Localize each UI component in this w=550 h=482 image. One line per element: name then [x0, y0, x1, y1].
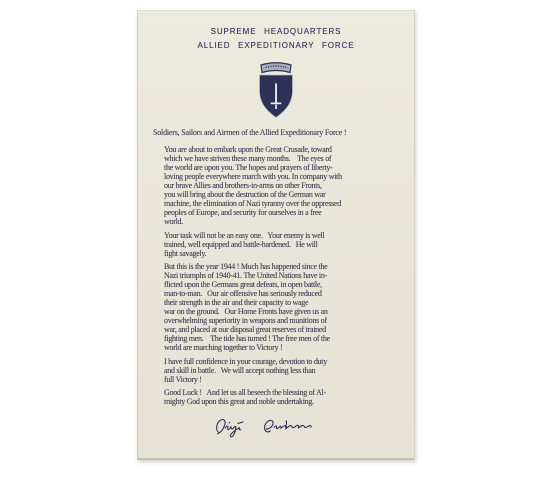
- insignia-tab: [261, 63, 291, 73]
- salutation-line: Soldiers, Sailors and Airmen of the Alli…: [153, 128, 346, 137]
- letter-paragraph-4: I have full confidence in your courage, …: [164, 357, 342, 384]
- letterhead-line-1: SUPREME HEADQUARTERS: [138, 27, 414, 36]
- shaef-flaming-sword-shield-icon: [256, 61, 296, 119]
- page-background: SUPREME HEADQUARTERS ALLIED EXPEDITIONAR…: [0, 0, 550, 482]
- letter-paragraph-3: But this is the year 1944 ! Much has hap…: [164, 262, 342, 352]
- signature-autograph: [212, 414, 338, 442]
- letter-body: You are about to embark upon the Great C…: [164, 145, 342, 411]
- letter-paragraph-5: Good Luck ! And let us all beseech the b…: [164, 388, 342, 406]
- letter-paragraph-1: You are about to embark upon the Great C…: [164, 145, 342, 226]
- letter-document: SUPREME HEADQUARTERS ALLIED EXPEDITIONAR…: [137, 10, 415, 460]
- letterhead-line-2: ALLIED EXPEDITIONARY FORCE: [138, 41, 414, 50]
- letter-paragraph-2: Your task will not be an easy one. Your …: [164, 231, 342, 258]
